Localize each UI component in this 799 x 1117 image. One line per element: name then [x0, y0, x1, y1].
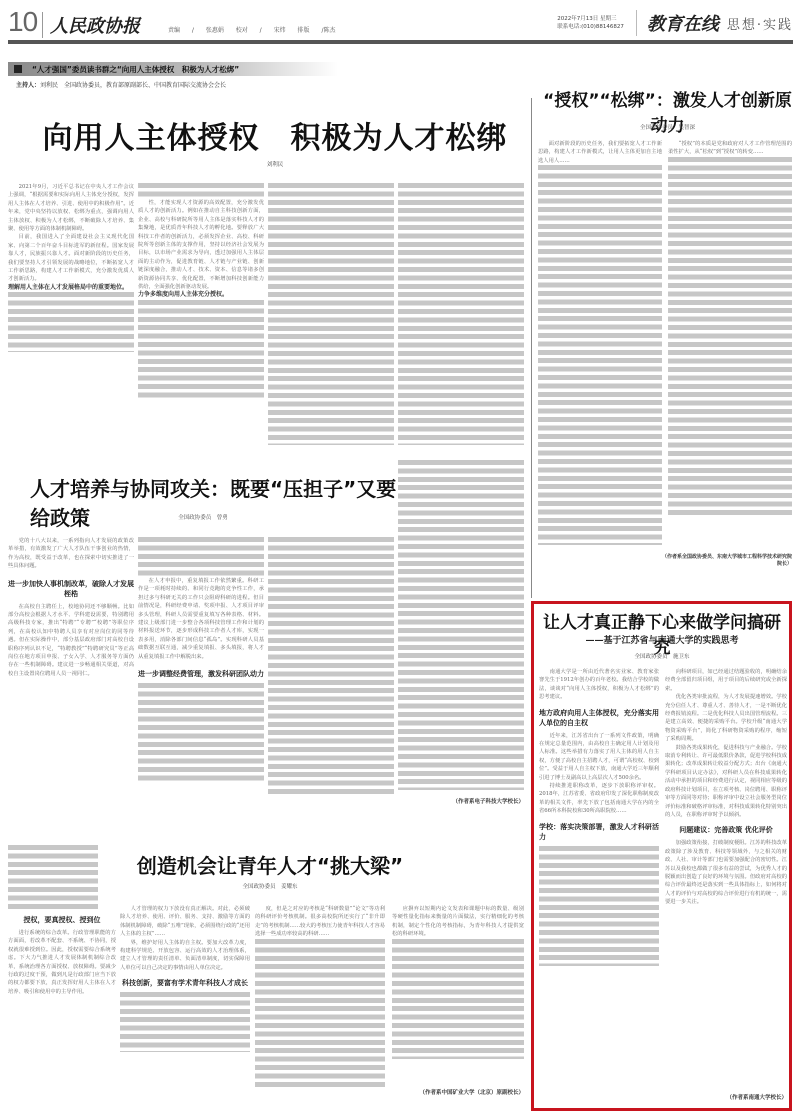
dateline: 2022年7月13日 星期三 联系电话:(010)88146827 — [557, 15, 624, 31]
paragraph: 性，才能实现人才资源的高效配置，充分激发优质人才的创新活力。例如在推动自主科技创… — [138, 199, 264, 291]
text-block — [138, 300, 264, 400]
article-5-author-note: （作者系南通大学校长） — [665, 1093, 787, 1101]
paragraph: 面对新阶段的历史任务，我们要拓宽人才工作新思路，构建人才工作新模式，让用人主体更… — [538, 140, 662, 165]
paragraph: 加强政策衔接，打破制度梗阻。江苏的科技改革政策除了涉及教育、科技等领域外，与之相… — [665, 839, 787, 906]
author-role: 全国政协委员 — [178, 515, 211, 521]
editor-credit: 责编 / 张惠娟 — [168, 27, 224, 34]
article-1-column-2: 性，才能实现人才资源的高效配置，充分激发优质人才的创新活力。例如在推动自主科技创… — [138, 183, 264, 445]
article-4-author-note: （作者系中国矿业大学（北京）原副校长） — [392, 1088, 524, 1096]
paragraph: 目前，我国进入了全面建设社会主义现代化国家、向第二个百年奋斗目标进军的新征程。国… — [8, 233, 134, 283]
text-block — [8, 292, 134, 352]
author-role: 全国政协委员 — [634, 654, 667, 660]
article-4-column-4: 应摒弃以短期内论文发表和课题中标的数量、级别等硬性量化指标来衡量的片面做法，实行… — [392, 905, 524, 1080]
phone: 联系电话:(010)88146827 — [557, 23, 624, 31]
text-block — [392, 939, 524, 1059]
host-line: 主持人：刘利民 全国政协委员，教育部原副部长、中国教育国际交流协会会长 — [16, 80, 226, 89]
paragraph: 度，但是之对应的考核是“科研数量”“论文”等功利的科研评价考核机制。很多高校院所… — [255, 905, 385, 939]
paragraph: 优化各类审批流程，为人才发展提速增效。学校充分信任人才、尊重人才、善待人才，一是… — [665, 693, 787, 743]
text-block — [138, 537, 264, 577]
article-5-column-2: 向科研项目，如已经通过结题验收的，明确结余经费全部留归项目组，用于项目的后续研究… — [665, 668, 787, 1088]
article-3-byline: 全国政协委员 曾勇 — [8, 513, 398, 521]
article-3-author-note: （作者系电子科技大学校长） — [398, 797, 524, 805]
article-3-column-1: 党的十八大以来，一系列指向人才发展的政策改革举措，有效激发了广大人才队伍干事创业… — [8, 537, 134, 837]
paragraph: 南通大学是一所由近代著名实业家、教育家张謇先生于1912年创办的百年老校。我结合… — [539, 668, 659, 702]
text-block — [255, 939, 385, 1089]
subhead: 进一步调整经费管理，激发科研团队动力 — [138, 669, 264, 679]
author-role: 全国政协委员 — [640, 125, 673, 131]
subhead: 问题建议：完善政策 优化评价 — [665, 825, 787, 835]
paragraph: 向科研项目，如已经通过结题验收的，明确结余经费全部留归项目组，用于项目的后续研究… — [665, 668, 787, 693]
column-rule — [531, 98, 532, 598]
author-name: 曾勇 — [217, 515, 228, 521]
divider — [42, 12, 43, 38]
subhead: 理解用人主体在人才发展格局中的重要地位。 — [8, 284, 134, 292]
text-block — [538, 165, 662, 545]
text-block — [539, 846, 659, 966]
paragraph: 近年来，江苏省出台了一系列文件政策，明确在规定总量范围内，由高校自主确定用人计划… — [539, 732, 659, 782]
paragraph: 应摒弃以短期内论文发表和课题中标的数量、级别等硬性量化指标来衡量的片面做法，实行… — [392, 905, 524, 939]
paragraph: 党的十八大以来，一系列指向人才发展的政策改革举措，有效激发了广大人才队伍干事创业… — [8, 537, 134, 571]
page-number: 10 — [8, 6, 37, 38]
text-block — [668, 157, 792, 517]
subhead: 科技创新，要富有学术青年科技人才成长 — [120, 978, 250, 988]
date: 2022年7月13日 星期三 — [557, 15, 624, 23]
article-4-column-0-top — [8, 845, 98, 910]
article-1-byline: 刘利民 — [40, 160, 510, 168]
article-4-headline: 创造机会让青年人才“挑大梁” — [100, 850, 440, 879]
author-name: 姜耀东 — [281, 884, 298, 890]
subhead: 力争多维度向用人主体充分授权。 — [138, 291, 264, 299]
article-1-column-1: 2021年9月，习近平总书记在中央人才工作会议上强调，“根据需要和实际向用人主体… — [8, 183, 134, 445]
author-name: 吴智深 — [679, 125, 696, 131]
subhead: 地方政府向用人主体授权，充分落实用人单位的自主权 — [539, 708, 659, 728]
paragraph: 鼓励各类成果转化，促进科技与产业融合。学校取消专利转让、许可最低限价条款，促进学… — [665, 744, 787, 820]
article-3-column-2: 在人才申报中，重复填报工作依然繁重。科研工作是一项耗时持续的、和同行竞跑的竞争性… — [138, 537, 264, 837]
article-1-column-3 — [268, 183, 394, 445]
top-rule — [8, 40, 793, 44]
host-label: 主持人： — [16, 82, 40, 89]
article-1-column-4 — [398, 183, 524, 445]
masthead: 10 人民政协报 责编 / 张惠娟 校对 / 宋炜 排版 /陈杰 2022年7月… — [8, 8, 793, 42]
paragraph: 2021年9月，习近平总书记在中央人才工作会议上强调，“根据需要和实际向用人主体… — [8, 183, 134, 233]
section-name: 思想·实践 — [727, 14, 793, 33]
divider — [636, 10, 637, 36]
article-4-column-3: 度，但是之对应的考核是“科研数量”“论文”等功利的科研评价考核机制。很多高校院所… — [255, 905, 385, 1110]
article-2-column-2: “授权”的本质是党和政府对人才工作管理范围的柔性扩大，从“松权”到“授权”的转变… — [668, 140, 792, 560]
paragraph: 在人才申报中，重复填报工作依然繁重。科研工作是一项耗时持续的、和同行竞跑的竞争性… — [138, 577, 264, 661]
text-block — [138, 183, 264, 199]
paragraph: 在高校自主聘任上，校地协同还不够顺畅。比如部分高校会根据人才水平、学科建设需要，… — [8, 603, 134, 679]
text-block — [120, 992, 250, 1052]
paragraph: 界，维护好用人主体的自主权。要加大改革力度，构建科学规范、开放包容、运行高效的人… — [120, 939, 250, 973]
author-role: 全国政协委员 — [242, 884, 275, 890]
article-3-column-3 — [268, 537, 394, 797]
topic-banner: “人才强国”委员读书群之“向用人主体授权 积极为人才松绑” — [8, 62, 338, 76]
paragraph: 人才管理的权力下放没有真正解决。对此，必须破除人才培养、使用、评价、服务、支持、… — [120, 905, 250, 939]
article-3-column-4 — [398, 460, 524, 790]
article-2-column-1: 面对新阶段的历史任务，我们要拓宽人才工作新思路，构建人才工作新模式，让用人主体更… — [538, 140, 662, 560]
paragraph: “授权”的本质是党和政府对人才工作管理范围的柔性扩大，从“松权”到“授权”的转变… — [668, 140, 792, 157]
article-4-column-1: 授权，要真授权、授到位 进行系统的综合改革。行政管理职能的方方面面，若改革不配套… — [8, 915, 116, 1110]
section-header: 2022年7月13日 星期三 联系电话:(010)88146827 教育在线 思… — [557, 10, 793, 36]
host-text: 刘利民 全国政协委员，教育部原副部长、中国教育国际交流协会会长 — [40, 82, 226, 89]
editor-credit: 校对 / 宋炜 — [236, 27, 286, 34]
section-brand: 教育在线 — [647, 10, 719, 36]
paper-name: 人民政协报 — [50, 12, 140, 38]
article-5-subtitle: ——基于江苏省与南通大学的实践思考 — [536, 633, 788, 646]
article-4-column-2: 人才管理的权力下放没有真正解决。对此，必须破除人才培养、使用、评价、服务、支持、… — [120, 905, 250, 1110]
paragraph: 持续推进职称改革，逐步下放职称评审权。2018年，江苏省委、省政府印发了深化职称… — [539, 782, 659, 816]
banner-title: “人才强国”委员读书群之“向用人主体授权 积极为人才松绑” — [32, 64, 239, 75]
text-block — [138, 683, 264, 783]
subhead: 学校：落实决策部署，激发人才科研活力 — [539, 822, 659, 842]
paragraph: 进行系统的综合改革。行政管理职能的方方面面，若改革不配套、不系统、不协同，授权就… — [8, 929, 116, 996]
author-name: 施卫东 — [673, 654, 690, 660]
article-5-column-1: 南通大学是一所由近代著名实业家、教育家张謇先生于1912年创办的百年老校。我结合… — [539, 668, 659, 1103]
article-2-author-note: （作者系全国政协委员、东南大学城市工程科学技术研究院院长） — [660, 553, 792, 567]
square-bullet-icon — [14, 65, 22, 73]
article-3-headline: 人才培养与协同攻关：既要“压担子”又要给政策 — [8, 473, 398, 531]
article-5-byline: 全国政协委员 施卫东 — [536, 652, 788, 660]
article-2-byline: 全国政协委员 吴智深 — [540, 123, 795, 131]
editor-credit: 排版 /陈杰 — [298, 27, 336, 34]
subhead: 授权，要真授权、授到位 — [8, 915, 116, 925]
article-1-headline: 向用人主体授权 积极为人才松绑 — [40, 113, 510, 157]
editor-credits: 责编 / 张惠娟 校对 / 宋炜 排版 /陈杰 — [168, 25, 335, 34]
subhead: 进一步加快人事机制改革，破除人才发展桎梏 — [8, 579, 134, 599]
article-4-byline: 全国政协委员 姜耀东 — [100, 882, 440, 890]
